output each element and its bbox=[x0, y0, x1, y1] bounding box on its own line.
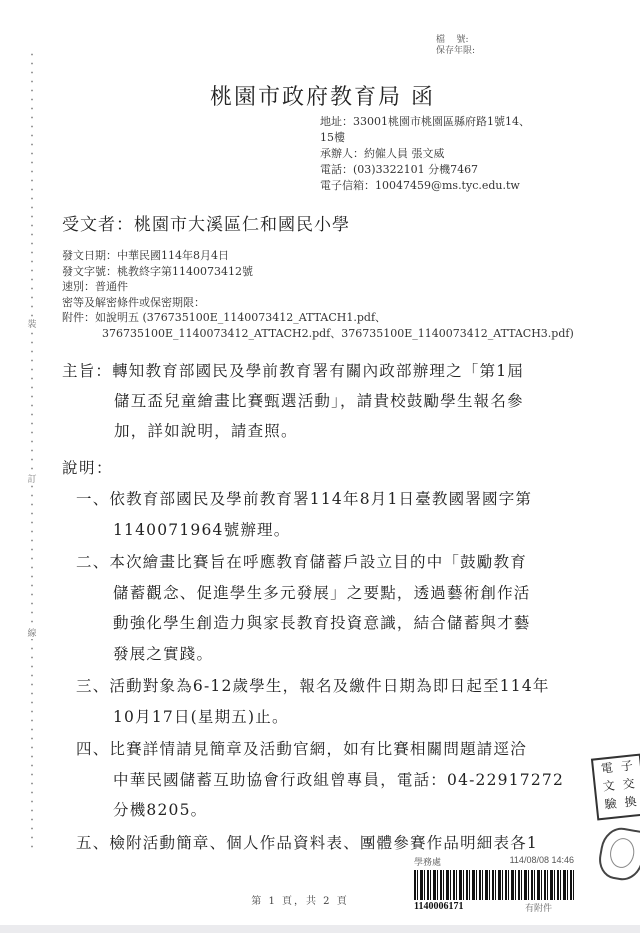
item-line: 1140071964號辦理。 bbox=[76, 515, 564, 546]
item-line: 檢附活動簡章、個人作品資料表、團體參賽作品明細表各1 bbox=[109, 834, 538, 852]
receipt-stamp-icon bbox=[596, 825, 640, 884]
document-number: 發文字號：桃教終字第1140073412號 bbox=[62, 264, 574, 280]
email: 電子信箱：10047459@ms.tyc.edu.tw bbox=[320, 178, 530, 194]
item-marker: 一、 bbox=[76, 490, 109, 508]
item-line: 分機8205。 bbox=[76, 795, 564, 826]
item-marker: 五、 bbox=[76, 834, 109, 852]
explanation-item-2: 二、本次繪畫比賽旨在呼應教育儲蓄戶設立目的中「鼓勵教育 儲蓄觀念、促進學生多元發… bbox=[76, 547, 564, 669]
item-line: 中華民國儲蓄互助協會行政組曾專員，電話：04-22917272 bbox=[76, 765, 564, 796]
item-line: 比賽詳情請見簡章及活動官網，如有比賽相關問題請逕洽 bbox=[109, 740, 527, 758]
item-line: 10月17日(星期五)止。 bbox=[76, 702, 564, 733]
attachments[interactable]: 附件：如說明五 (376735100E_1140073412_ATTACH1.p… bbox=[62, 310, 574, 326]
binding-dotted-line bbox=[31, 50, 33, 850]
item-line: 活動對象為6-12歲學生，報名及繳件日期為即日起至114年 bbox=[109, 677, 549, 695]
phone: 電話：(03)3322101 分機7467 bbox=[320, 162, 530, 178]
archive-info: 檔 號: 保存年限: bbox=[436, 35, 475, 57]
seal-char: 文 bbox=[598, 778, 620, 798]
item-marker: 四、 bbox=[76, 740, 109, 758]
receiving-department: 學務處 bbox=[414, 855, 441, 868]
explanation-label: 說明： bbox=[62, 456, 113, 478]
subject-line: 加，詳如說明，請查照。 bbox=[62, 416, 524, 446]
subject-label: 主旨： bbox=[62, 362, 112, 380]
item-marker: 三、 bbox=[76, 677, 109, 695]
delivery-speed: 速別：普通件 bbox=[62, 279, 574, 295]
explanation-item-1: 一、依教育部國民及學前教育署114年8月1日臺教國署國字第 1140071964… bbox=[76, 484, 564, 545]
subject-section: 主旨：轉知教育部國民及學前教育署有關內政部辦理之「第1屆 儲互盃兒童繪畫比賽甄選… bbox=[62, 356, 524, 446]
viewer-bottom-edge bbox=[0, 925, 640, 933]
seal-char: 電 bbox=[596, 760, 618, 780]
item-line: 發展之實踐。 bbox=[76, 639, 564, 670]
handler: 承辦人：約僱人員 張文威 bbox=[320, 146, 530, 162]
explanation-item-4: 四、比賽詳情請見簡章及活動官網，如有比賽相關問題請逕洽 中華民國儲蓄互助協會行政… bbox=[76, 734, 564, 826]
explanation-item-3: 三、活動對象為6-12歲學生，報名及繳件日期為即日起至114年 10月17日(星… bbox=[76, 671, 564, 732]
seal-char: 驗 bbox=[600, 796, 622, 816]
recipient: 受文者：桃園市大溪區仁和國民小學 bbox=[62, 210, 350, 235]
issue-date: 發文日期：中華民國114年8月4日 bbox=[62, 248, 574, 264]
document-meta: 發文日期：中華民國114年8月4日 發文字號：桃教終字第1140073412號 … bbox=[62, 248, 574, 341]
subject-line: 儲互盃兒童繪畫比賽甄選活動」，請貴校鼓勵學生報名參 bbox=[62, 386, 524, 416]
binding-mark-middle: 訂 bbox=[27, 475, 37, 485]
subject-line: 轉知教育部國民及學前教育署有關內政部辦理之「第1屆 bbox=[112, 362, 524, 380]
secrecy-level: 密等及解密條件或保密期限： bbox=[62, 295, 574, 311]
receipt-timestamp: 114/08/08 14:46 bbox=[510, 855, 574, 868]
page-number: 第 1 頁，共 2 頁 bbox=[0, 892, 600, 907]
electronic-exchange-seal: 電 子 文 交 驗 換 bbox=[591, 754, 640, 821]
explanation-list: 一、依教育部國民及學前教育署114年8月1日臺教國署國字第 1140071964… bbox=[76, 484, 564, 860]
binding-mark-bottom: 線 bbox=[27, 629, 37, 639]
explanation-item-5: 五、檢附活動簡章、個人作品資料表、團體參賽作品明細表各1 bbox=[76, 828, 564, 859]
address: 地址：33001桃園市桃園區縣府路1號14、 bbox=[320, 114, 530, 130]
file-number-label: 檔 號: bbox=[436, 35, 475, 46]
document-page: 裝 訂 線 檔 號: 保存年限: 桃園市政府教育局 函 地址：33001桃園市桃… bbox=[0, 0, 640, 925]
retention-period-label: 保存年限: bbox=[436, 46, 475, 57]
item-line: 儲蓄觀念、促進學生多元發展」之要點，透過藝術創作活 bbox=[76, 578, 564, 609]
binding-mark-top: 裝 bbox=[27, 320, 37, 330]
document-title: 桃園市政府教育局 函 bbox=[210, 80, 435, 111]
item-marker: 二、 bbox=[76, 553, 109, 571]
item-line: 本次繪畫比賽旨在呼應教育儲蓄戶設立目的中「鼓勵教育 bbox=[109, 553, 527, 571]
item-line: 依教育部國民及學前教育署114年8月1日臺教國署國字第 bbox=[109, 490, 532, 508]
attachments-continued[interactable]: 376735100E_1140073412_ATTACH2.pdf、376735… bbox=[62, 326, 574, 342]
item-line: 動強化學生創造力與家長教育投資意識，結合儲蓄與才藝 bbox=[76, 608, 564, 639]
address-continued: 15樓 bbox=[320, 130, 530, 146]
seal-char: 子 bbox=[616, 758, 638, 778]
seal-char: 換 bbox=[620, 794, 640, 814]
seal-char: 交 bbox=[618, 776, 640, 796]
contact-block: 地址：33001桃園市桃園區縣府路1號14、 15樓 承辦人：約僱人員 張文威 … bbox=[320, 114, 530, 194]
